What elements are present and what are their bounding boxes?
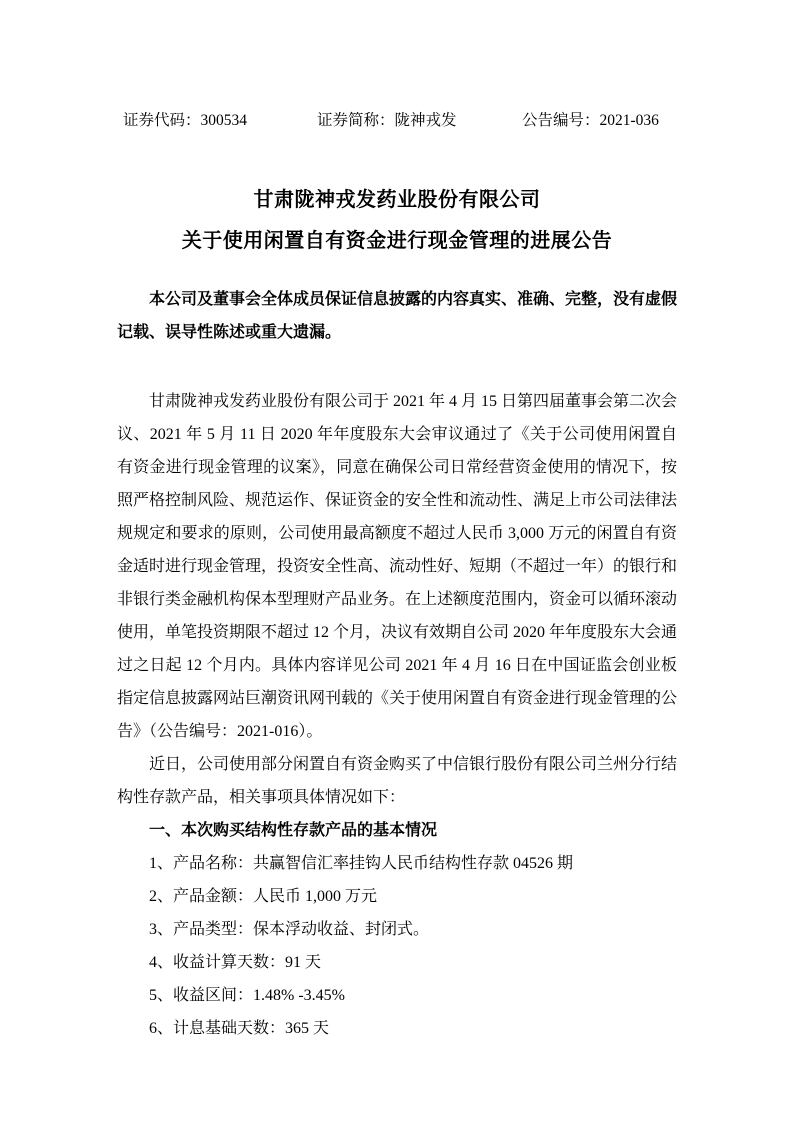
- body-paragraph-2: 近日，公司使用部分闲置自有资金购买了中信银行股份有限公司兰州分行结构性存款产品，…: [117, 748, 677, 814]
- section-1-heading: 一、本次购买结构性存款产品的基本情况: [117, 814, 677, 847]
- board-declaration: 本公司及董事会全体成员保证信息披露的内容真实、准确、完整，没有虚假记载、误导性陈…: [117, 283, 677, 349]
- document-header: 证券代码：300534 证券简称：陇神戎发 公告编号：2021-036: [117, 110, 677, 132]
- list-item-product-type: 3、产品类型：保本浮动收益、封闭式。: [117, 913, 677, 946]
- company-name-title: 甘肃陇神戎发药业股份有限公司: [117, 180, 677, 221]
- stock-abbr: 证券简称：陇神戎发: [317, 110, 457, 132]
- product-detail-list: 1、产品名称：共赢智信汇率挂钩人民币结构性存款 04526 期 2、产品金额：人…: [117, 847, 677, 1045]
- list-item-yield-days: 4、收益计算天数：91 天: [117, 946, 677, 979]
- stock-code: 证券代码：300534: [123, 110, 247, 132]
- list-item-interest-basis-days: 6、计息基础天数：365 天: [117, 1012, 677, 1045]
- list-item-product-name: 1、产品名称：共赢智信汇率挂钩人民币结构性存款 04526 期: [117, 847, 677, 880]
- announcement-number: 公告编号：2021-036: [522, 110, 659, 132]
- title-block: 甘肃陇神戎发药业股份有限公司 关于使用闲置自有资金进行现金管理的进展公告: [117, 180, 677, 262]
- list-item-yield-range: 5、收益区间：1.48% -3.45%: [117, 979, 677, 1012]
- list-item-product-amount: 2、产品金额：人民币 1,000 万元: [117, 880, 677, 913]
- document-content: 证券代码：300534 证券简称：陇神戎发 公告编号：2021-036 甘肃陇神…: [117, 110, 677, 1045]
- announcement-title: 关于使用闲置自有资金进行现金管理的进展公告: [117, 221, 677, 262]
- body-paragraph-1: 甘肃陇神戎发药业股份有限公司于 2021 年 4 月 15 日第四届董事会第二次…: [117, 385, 677, 748]
- document-page: 证券代码：300534 证券简称：陇神戎发 公告编号：2021-036 甘肃陇神…: [0, 0, 793, 1122]
